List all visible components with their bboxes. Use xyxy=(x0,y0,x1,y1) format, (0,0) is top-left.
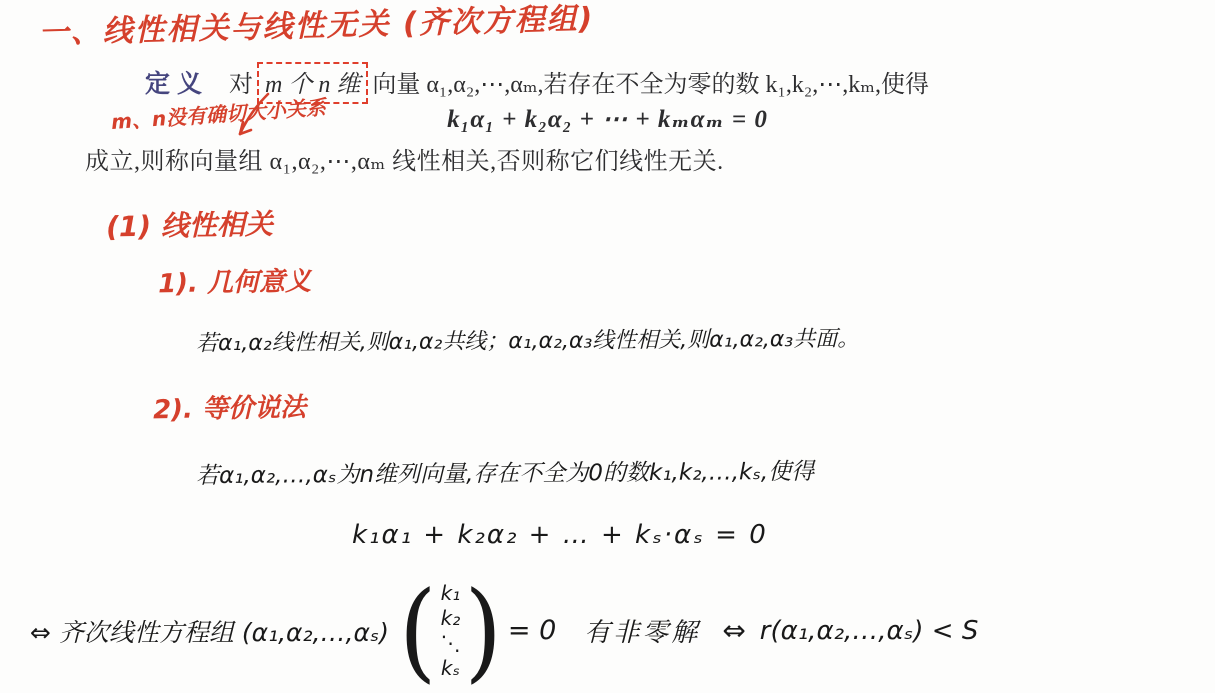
handwritten-notes-page: 一、线性相关与线性无关 (齐次方程组) 定义 对 m 个 n 维 向量 α₁,α… xyxy=(0,0,1215,693)
equals-zero-text: = 0 xyxy=(508,615,556,646)
geometry-meaning-line: 若α₁,α₂线性相关,则α₁,α₂共线；α₁,α₂,α₃线性相关,则α₁,α₂,… xyxy=(196,322,859,358)
left-paren: ( xyxy=(399,569,436,692)
sub2-equivalence-heading: 2). 等价说法 xyxy=(153,387,307,427)
vector-entry-ks: kₛ xyxy=(441,656,460,681)
section1-heading: (1) 线性相关 xyxy=(106,203,274,246)
definition-closing-line: 成立,则称向量组 α₁,α₂,⋯,αₘ 线性相关,否则称它们线性无关. xyxy=(85,141,724,176)
definition-formula: k₁α₁ + k₂α₂ + ⋯ + kₘαₘ = 0 xyxy=(0,104,1215,134)
iff-arrow: ⇔ xyxy=(722,614,745,647)
page-title: 一、线性相关与线性无关 (齐次方程组) xyxy=(38,0,595,52)
vector-entries: k₁ k₂ ⋱ kₛ xyxy=(436,581,464,681)
coefficient-column-vector: ( k₁ k₂ ⋱ kₛ ) xyxy=(399,576,502,686)
equivalence-condition-line: 若α₁,α₂,…,αₛ为n维列向量,存在不全为0的数k₁,k₂,…,kₛ,使得 xyxy=(196,453,814,490)
rank-condition-text: r(α₁,α₂,…,αₛ) < S xyxy=(760,616,979,646)
sub1-geometry-heading: 1). 几何意义 xyxy=(158,261,312,301)
vector-entry-k1: k₁ xyxy=(441,581,461,606)
right-paren: ) xyxy=(464,569,501,692)
homogeneous-lead-text: ⇔ 齐次线性方程组 (α₁,α₂,…,αₛ) xyxy=(30,613,389,649)
equivalence-formula: k₁α₁ + k₂α₂ + … + kₛ·αₛ = 0 xyxy=(352,520,768,550)
homogeneous-system-line: ⇔ 齐次线性方程组 (α₁,α₂,…,αₛ) ( k₁ k₂ ⋱ kₛ ) = … xyxy=(30,568,978,693)
nonzero-solution-text: 有非零解 xyxy=(584,612,700,649)
definition-label: 定义 xyxy=(145,64,209,100)
vector-entry-k2: k₂ xyxy=(441,606,461,631)
vector-entry-dots: ⋱ xyxy=(440,631,460,656)
definition-post-text: 向量 α₁,α₂,⋯,αₘ,若存在不全为零的数 k₁,k₂,⋯,kₘ,使得 xyxy=(372,64,929,99)
